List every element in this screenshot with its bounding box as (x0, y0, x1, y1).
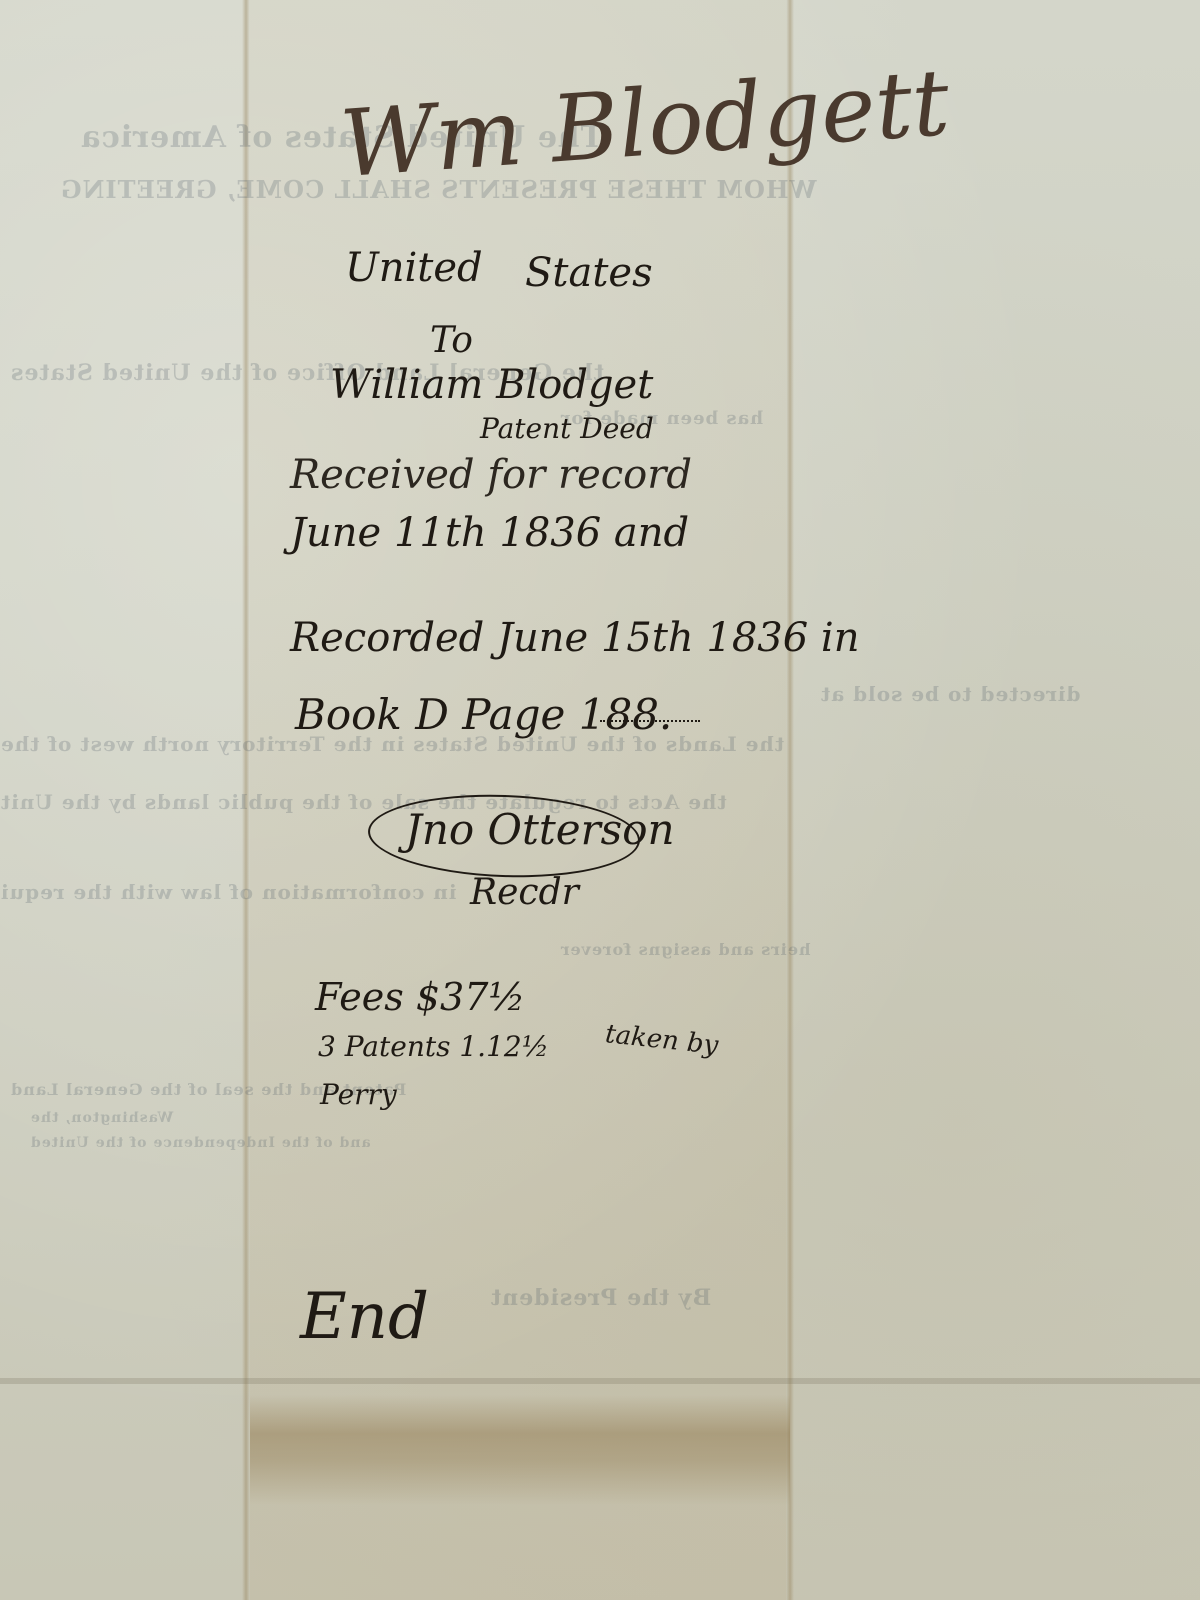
heading-states: States (525, 250, 653, 296)
received-date: June 11th 1836 and (290, 510, 689, 556)
bleed-through-line: and of the Independence of the United (30, 1135, 371, 1151)
heading-to: To (430, 320, 473, 361)
stain-band (250, 1395, 790, 1505)
fees-total: Fees $37½ (315, 975, 525, 1019)
bleed-through-line: heirs and assigns forever (560, 940, 811, 959)
bleed-through-line: in conformation of law with the requi (0, 880, 457, 904)
recorded-date: Recorded June 15th 1836 in (290, 615, 859, 661)
book-page: Book D Page 188. (295, 690, 672, 739)
fold-crease-right (786, 0, 794, 1600)
bleed-through-line: By the President (490, 1285, 711, 1311)
recorder-signature: Jno Otterson (405, 805, 675, 854)
fees-patents: 3 Patents 1.12½ (318, 1030, 549, 1063)
bleed-through-line: Washington, the (30, 1110, 173, 1126)
fees-perry: Perry (320, 1078, 397, 1111)
heading-grantee: William Blodget (330, 362, 653, 408)
book-page-underline (600, 718, 700, 722)
document-page: The United States of America WHOM THESE … (0, 0, 1200, 1600)
fold-crease-horizontal (0, 1378, 1200, 1384)
heading-patent-deed: Patent Deed (480, 412, 654, 445)
recorder-title: Recdr (470, 872, 579, 913)
bleed-through-line: directed to be sold at (820, 682, 1081, 706)
heading-united: United (345, 245, 483, 291)
received-for-record: Received for record (290, 452, 692, 498)
end-mark: End (300, 1280, 429, 1354)
